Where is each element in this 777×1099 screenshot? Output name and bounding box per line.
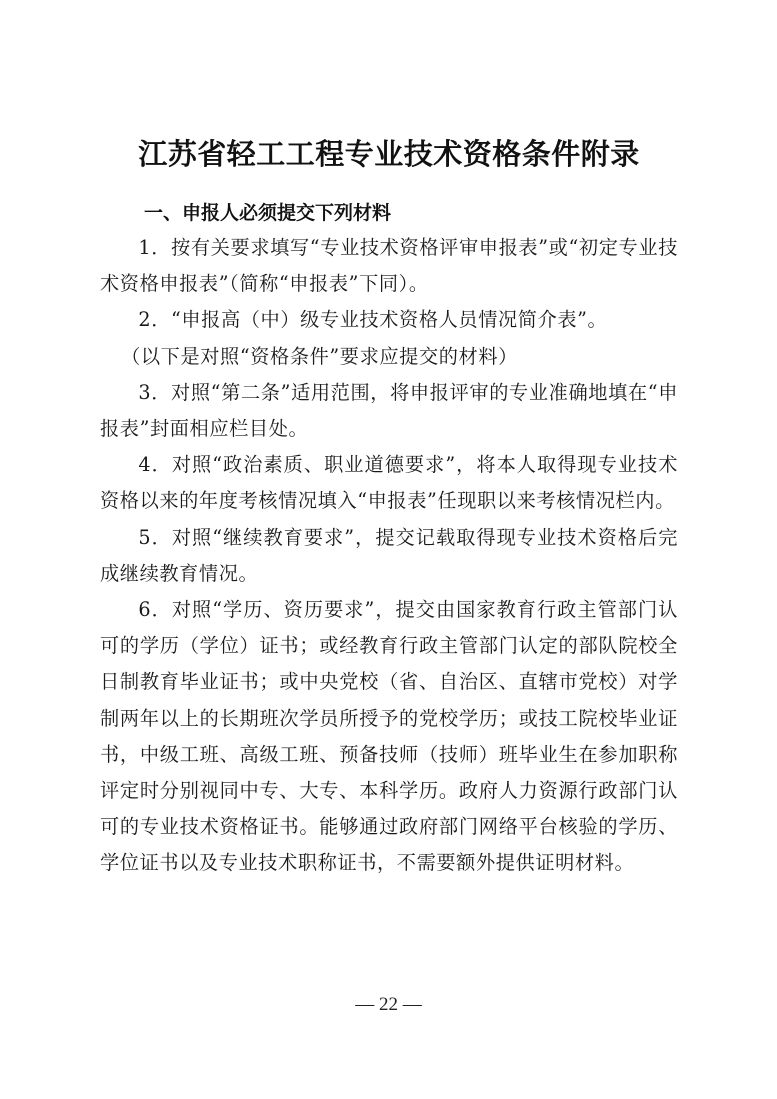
- paragraph-item-2: 2．“申报高（中）级专业技术资格人员情况简介表”。: [100, 302, 678, 338]
- paragraph-item-1: 1．按有关要求填写“专业技术资格评审申报表”或“初定专业技术资格申报表”（简称“…: [100, 230, 678, 302]
- paragraph-item-6: 6．对照“学历、资历要求”，提交由国家教育行政主管部门认可的学历（学位）证书；或…: [100, 592, 678, 882]
- document-title: 江苏省轻工工程专业技术资格条件附录: [100, 132, 678, 176]
- page-number: — 22 —: [0, 990, 777, 1020]
- paragraph-note: （以下是对照“资格条件”要求应提交的材料）: [100, 339, 678, 375]
- paragraph-item-3: 3．对照“第二条”适用范围，将申报评审的专业准确地填在“申报表”封面相应栏目处。: [100, 375, 678, 447]
- paragraph-item-4: 4．对照“政治素质、职业道德要求”，将本人取得现专业技术资格以来的年度考核情况填…: [100, 447, 678, 519]
- document-body: 1．按有关要求填写“专业技术资格评审申报表”或“初定专业技术资格申报表”（简称“…: [100, 230, 678, 882]
- paragraph-item-5: 5．对照“继续教育要求”，提交记载取得现专业技术资格后完成继续教育情况。: [100, 520, 678, 592]
- section-heading: 一、申报人必须提交下列材料: [144, 196, 391, 230]
